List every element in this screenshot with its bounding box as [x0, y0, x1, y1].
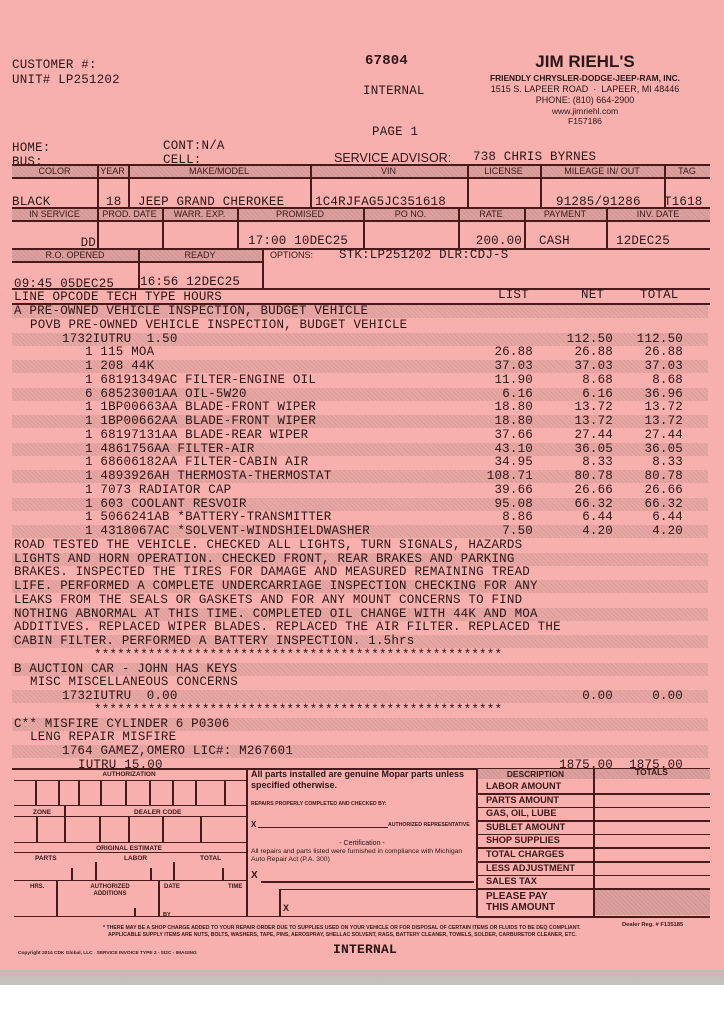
line-description: BRAKES. INSPECTED THE TIRES FOR DAMAGE A…	[14, 565, 530, 579]
line-net: 4.20	[535, 524, 613, 538]
authorization-label: AUTHORIZATION	[12, 771, 246, 778]
totals-label: SALES TAX	[486, 876, 537, 886]
line-description: 1 68606182AA FILTER-CABIN AIR	[85, 455, 308, 469]
line-list: 26.88	[455, 345, 533, 359]
line-description: MISC MISCELLANEOUS CONCERNS	[30, 675, 238, 689]
line-net: 8.33	[535, 455, 613, 469]
totals-value-field	[595, 807, 710, 820]
line-description: 1 4318067AC *SOLVENT-WINDSHIELDWASHER	[85, 524, 370, 538]
divider	[467, 166, 469, 208]
internal-label-top: INTERNAL	[363, 84, 425, 98]
promised-value: 17:00 10DEC25	[248, 234, 348, 248]
rule	[476, 916, 710, 918]
line-description: 1732IUTRU 0.00	[62, 689, 178, 703]
line-list: 18.80	[455, 400, 533, 414]
please-pay-amount-field	[595, 890, 710, 915]
divider	[476, 768, 478, 916]
divider	[363, 209, 365, 249]
line-list: 6.16	[455, 387, 533, 401]
column-header-total: TOTAL	[640, 288, 679, 302]
header-vin: VIN	[310, 166, 467, 176]
divider	[58, 780, 60, 805]
totals-header: TOTALS	[593, 767, 710, 777]
divider	[246, 768, 248, 916]
original-estimate-label: ORIGINAL ESTIMATE	[12, 845, 246, 852]
line-net: 27.44	[535, 428, 613, 442]
line-description: 1 4861756AA FILTER-AIR	[85, 442, 254, 456]
dealer-name: JIM RIEHL'S	[470, 52, 700, 72]
line-description: CABIN FILTER. PERFORMED A BATTERY INSPEC…	[14, 634, 414, 648]
hrs-label: HRS.	[30, 884, 44, 890]
authorized-additions-label: AUTHORIZED ADDITIONS	[80, 884, 140, 898]
rule	[14, 816, 246, 817]
line-description: LIGHTS AND HORN OPERATION. CHECKED FRONT…	[14, 552, 515, 566]
shop-charge-notice-2: APPLICABLE SUPPLY ITEMS ARE NUTS, BOLTS,…	[108, 932, 577, 938]
line-description: 1 7073 RADIATOR CAP	[85, 483, 231, 497]
totals-value-field	[595, 834, 710, 847]
dealer-phone: PHONE: (810) 664-2900	[470, 95, 700, 105]
line-net: 13.72	[535, 400, 613, 414]
line-description: POVB PRE-OWNED VEHICLE INSPECTION, BUDGE…	[30, 318, 407, 332]
line-list: 43.10	[455, 442, 533, 456]
scan-shadow	[0, 970, 724, 985]
signature-x-final: X	[283, 903, 289, 913]
dealer-code: F157186	[470, 116, 700, 126]
estimate-parts-label: PARTS	[35, 855, 57, 862]
divider	[200, 816, 202, 842]
divider	[540, 166, 542, 208]
line-description: ****************************************…	[94, 703, 502, 717]
rule	[14, 805, 246, 806]
totals-value-field	[595, 780, 710, 793]
line-net: 13.72	[535, 414, 613, 428]
line-total: 112.50	[605, 332, 683, 346]
header-inv-date: INV. DATE	[606, 209, 710, 219]
line-list: 37.03	[455, 359, 533, 373]
line-total: 13.72	[605, 400, 683, 414]
line-net: 26.66	[535, 483, 613, 497]
line-list: 8.86	[455, 510, 533, 524]
line-net: 66.32	[535, 497, 613, 511]
please-pay-line2: THIS AMOUNT	[486, 902, 555, 913]
divider	[71, 868, 73, 880]
line-list: 37.66	[455, 428, 533, 442]
header-tag: TAG	[664, 166, 710, 176]
divider	[224, 780, 226, 805]
divider	[310, 166, 312, 208]
line-net: 37.03	[535, 359, 613, 373]
page-number: PAGE 1	[372, 125, 418, 139]
line-description: ROAD TESTED THE VEHICLE. CHECKED ALL LIG…	[14, 538, 522, 552]
line-net: 80.78	[535, 469, 613, 483]
line-total: 0.00	[605, 689, 683, 703]
divider	[134, 908, 136, 916]
column-header-line: LINE OPCODE TECH TYPE HOURS	[14, 290, 222, 304]
internal-label-bottom: INTERNAL	[333, 942, 397, 957]
divider	[78, 780, 80, 805]
line-net: 6.44	[535, 510, 613, 524]
header-ro-opened: R.O. OPENED	[12, 250, 138, 260]
totals-value-field	[595, 848, 710, 861]
home-phone-label: HOME:	[12, 141, 51, 155]
divider	[237, 209, 239, 249]
service-advisor-value: 738 CHRIS BYRNES	[473, 150, 596, 164]
ro-number: 67804	[365, 53, 408, 69]
repairs-checked-label: REPAIRS PROPERLY COMPLETED AND CHECKED B…	[251, 801, 387, 807]
dealer-tagline: FRIENDLY CHRYSLER-DODGE-JEEP-RAM, INC.	[470, 73, 700, 83]
date-label: DATE	[164, 884, 180, 890]
line-total: 4.20	[605, 524, 683, 538]
line-description: LEAKS FROM THE SEALS OR GASKETS AND FOR …	[14, 593, 522, 607]
header-prod-date: PROD. DATE	[97, 209, 162, 219]
line-description: C** MISFIRE CYLINDER 6 P0306	[14, 717, 230, 731]
zone-label: ZONE	[33, 809, 51, 816]
line-list: 11.90	[455, 373, 533, 387]
rule	[12, 261, 262, 263]
rule	[14, 852, 246, 853]
line-total: 8.68	[605, 373, 683, 387]
mopar-notice: All parts installed are genuine Mopar pa…	[251, 769, 473, 791]
line-description: NOTHING ABNORMAL AT THIS TIME. COMPLETED…	[14, 607, 538, 621]
line-description: LENG REPAIR MISFIRE	[30, 730, 176, 744]
header-warr-exp: WARR. EXP.	[162, 209, 237, 219]
divider	[97, 209, 99, 249]
line-net: 36.05	[535, 442, 613, 456]
line-total: 26.66	[605, 483, 683, 497]
line-description: 1764 GAMEZ,OMERO LIC#: M267601	[62, 744, 293, 758]
divider	[97, 166, 99, 208]
line-net: 0.00	[535, 689, 613, 703]
line-description: 1 68197131AA BLADE-REAR WIPER	[85, 428, 308, 442]
line-description: A PRE-OWNED VEHICLE INSPECTION, BUDGET V…	[14, 304, 368, 318]
divider	[99, 816, 101, 842]
invoice-date-value: 12DEC25	[616, 234, 670, 248]
totals-label: LESS ADJUSTMENT	[486, 863, 575, 873]
header-promised: PROMISED	[237, 209, 363, 219]
line-list: 39.66	[455, 483, 533, 497]
line-description: 1 1BP00663AA BLADE-FRONT WIPER	[85, 400, 316, 414]
header-color: COLOR	[12, 166, 97, 176]
divider	[606, 209, 608, 249]
line-total: 26.88	[605, 345, 683, 359]
rule	[14, 880, 246, 881]
totals-label: LABOR AMOUNT	[486, 781, 561, 791]
divider	[172, 780, 174, 805]
estimate-labor-label: LABOR	[124, 855, 147, 862]
repair-order-document: CUSTOMER #: UNIT# LP251202 67804 INTERNA…	[0, 0, 724, 970]
certification-title: - Certification -	[251, 840, 473, 847]
line-total: 6.44	[605, 510, 683, 524]
certification-text: All repairs and parts listed were furnis…	[251, 848, 473, 864]
contact-value: CONT:N/A	[163, 139, 225, 153]
line-description: 1732IUTRU 1.50	[62, 332, 178, 346]
totals-value-field	[595, 862, 710, 875]
divider	[128, 166, 130, 208]
signature-line[interactable]	[258, 827, 388, 828]
description-header: DESCRIPTION	[478, 769, 593, 779]
rule	[279, 889, 476, 890]
payment-value: CASH	[539, 234, 570, 248]
divider	[173, 862, 175, 880]
by-label: BY	[163, 912, 171, 918]
header-mileage: MILEAGE IN/ OUT	[540, 166, 664, 176]
line-total: 80.78	[605, 469, 683, 483]
time-label: TIME	[228, 884, 242, 890]
header-po-no: PO NO.	[363, 209, 458, 219]
divider	[100, 780, 102, 805]
divider	[279, 889, 281, 916]
line-list: 95.08	[455, 497, 533, 511]
line-net: 8.68	[535, 373, 613, 387]
line-total: 27.44	[605, 428, 683, 442]
line-description: 1 4893926AH THERMOSTA-THERMOSTAT	[85, 469, 331, 483]
line-list: 108.71	[455, 469, 533, 483]
rule	[14, 842, 246, 843]
line-description: 1 603 COOLANT RESVOIR	[85, 497, 247, 511]
header-license: LICENSE	[467, 166, 540, 176]
rule	[12, 177, 710, 179]
divider	[195, 780, 197, 805]
divider	[56, 880, 58, 916]
divider	[36, 816, 38, 842]
divider	[35, 780, 37, 805]
totals-label: SUBLET AMOUNT	[486, 822, 565, 832]
totals-value-field	[595, 875, 710, 888]
options-label: OPTIONS:	[270, 250, 313, 260]
line-net: 112.50	[535, 332, 613, 346]
signature-x-customer: X	[251, 870, 258, 881]
divider	[222, 868, 224, 880]
divider	[125, 780, 127, 805]
copyright-notice: Copyright 2014 CDK Global, LLC SERVICE I…	[18, 951, 197, 956]
header-rate: RATE	[458, 209, 524, 219]
line-description: 1 115 MOA	[85, 345, 154, 359]
rate-value: 200.00	[458, 234, 522, 248]
header-year: YEAR	[97, 166, 128, 176]
line-list: 7.50	[455, 524, 533, 538]
line-list: 18.80	[455, 414, 533, 428]
service-advisor-label: SERVICE ADVISOR:	[334, 151, 451, 165]
totals-value-field	[595, 821, 710, 834]
totals-value-field	[595, 794, 710, 807]
line-total: 8.33	[605, 455, 683, 469]
dealer-code-label: DEALER CODE	[134, 809, 181, 816]
header-ready: READY	[138, 250, 262, 260]
divider	[150, 868, 152, 880]
rule	[14, 916, 476, 917]
divider	[158, 880, 160, 916]
line-description: 1 5066241AB *BATTERY-TRANSMITTER	[85, 510, 331, 524]
line-total: 36.96	[605, 387, 683, 401]
shop-charge-notice-1: * THERE MAY BE A SHOP CHARGE ADDED TO YO…	[103, 925, 581, 931]
header-payment: PAYMENT	[524, 209, 606, 219]
line-total: 13.72	[605, 414, 683, 428]
options-value: STK:LP251202 DLR:CDJ-S	[339, 248, 508, 262]
line-description: B AUCTION CAR - JOHN HAS KEYS	[14, 662, 237, 676]
column-header-list: LIST	[498, 288, 529, 302]
divider	[128, 816, 130, 842]
line-net: 26.88	[535, 345, 613, 359]
totals-label: SHOP SUPPLIES	[486, 835, 560, 845]
divider	[162, 209, 164, 249]
line-description: 6 68523001AA OIL-5W20	[85, 387, 247, 401]
line-total: 36.05	[605, 442, 683, 456]
divider	[95, 862, 97, 880]
customer-number-label: CUSTOMER #:	[12, 58, 97, 72]
line-total: 37.03	[605, 359, 683, 373]
line-total: 66.32	[605, 497, 683, 511]
rule	[14, 780, 246, 781]
column-header-net: NET	[581, 288, 604, 302]
dealer-registration: Dealer Reg. # F135185	[622, 922, 683, 928]
ready-value: 16:56 12DEC25	[140, 275, 240, 289]
divider	[262, 250, 264, 288]
header-make-model: MAKE/MODEL	[128, 166, 310, 176]
line-description: LIFE. PERFORMED A COMPLETE UNDERCARRIAGE…	[14, 579, 538, 593]
header-in-service: IN SERVICE	[12, 209, 97, 219]
divider	[64, 805, 66, 843]
authorized-representative-label: AUTHORIZED REPRESENTATIVE	[388, 822, 470, 828]
totals-label: TOTAL CHARGES	[486, 849, 564, 859]
line-description: ****************************************…	[94, 648, 502, 662]
line-description: 1 68191349AC FILTER-ENGINE OIL	[85, 373, 316, 387]
line-net: 6.16	[535, 387, 613, 401]
totals-label: GAS, OIL, LUBE	[486, 808, 556, 818]
divider	[524, 209, 526, 249]
signature-line[interactable]	[261, 881, 474, 883]
totals-label: PARTS AMOUNT	[486, 795, 559, 805]
line-description: ADDITIVES. REPLACED WIPER BLADES. REPLAC…	[14, 620, 561, 634]
please-pay-line1: PLEASE PAY	[486, 891, 548, 902]
dealer-website: www.jimriehl.com	[470, 106, 700, 116]
line-description: 1 1BP00662AA BLADE-FRONT WIPER	[85, 414, 316, 428]
divider	[149, 780, 151, 805]
dealer-address: 1515 S. LAPEER ROAD · LAPEER, MI 48446	[470, 84, 700, 94]
line-description: 1 208 44K	[85, 359, 154, 373]
line-list: 34.95	[455, 455, 533, 469]
unit-number: UNIT# LP251202	[12, 73, 120, 87]
estimate-total-label: TOTAL	[200, 855, 221, 862]
signature-x-technician: X	[251, 820, 256, 829]
divider	[162, 816, 164, 842]
